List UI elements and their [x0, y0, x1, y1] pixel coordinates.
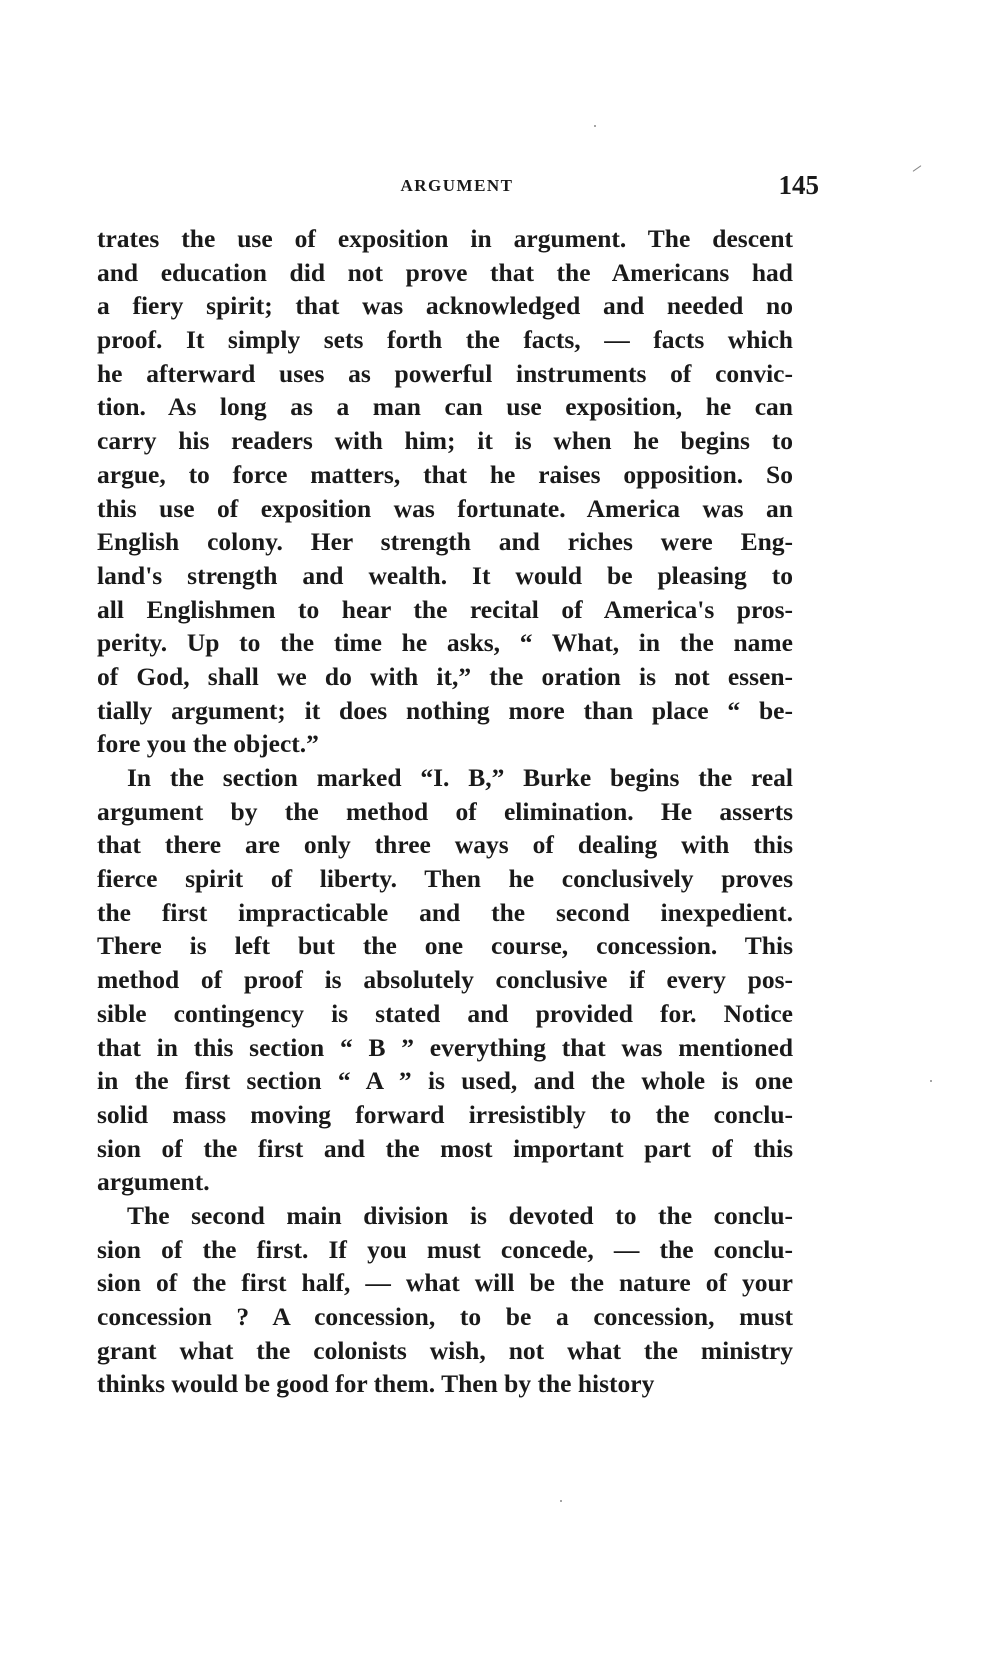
text-line: perity. Up to the time he asks, “ What, … — [97, 626, 793, 660]
text-line: English colony. Her strength and riches … — [97, 525, 793, 559]
body-text: trates the use of exposition in argument… — [97, 222, 793, 1401]
text-line: in the first section “ A ” is used, and … — [97, 1064, 793, 1098]
text-line: fierce spirit of liberty. Then he conclu… — [97, 862, 793, 896]
text-line: tially argument; it does nothing more th… — [97, 694, 793, 728]
text-line: tion. As long as a man can use expositio… — [97, 390, 793, 424]
text-line: thinks would be good for them. Then by t… — [97, 1367, 793, 1401]
text-line: he afterward uses as powerful instrument… — [97, 357, 793, 391]
text-line: trates the use of exposition in argument… — [97, 222, 793, 256]
text-line: The second main division is devoted to t… — [97, 1199, 793, 1233]
text-line: proof. It simply sets forth the facts, —… — [97, 323, 793, 357]
text-line: that there are only three ways of dealin… — [97, 828, 793, 862]
text-line: method of proof is absolutely conclusive… — [97, 963, 793, 997]
text-line: argument by the method of elimination. H… — [97, 795, 793, 829]
text-line: sion of the first half, — what will be t… — [97, 1266, 793, 1300]
text-line: the first impracticable and the second i… — [97, 896, 793, 930]
text-line: sion of the first and the most important… — [97, 1132, 793, 1166]
scan-speck — [930, 1080, 932, 1082]
text-line: solid mass moving forward irresistibly t… — [97, 1098, 793, 1132]
text-line: argument. — [97, 1165, 793, 1199]
text-line: carry his readers with him; it is when h… — [97, 424, 793, 458]
text-line: There is left but the one course, conces… — [97, 929, 793, 963]
text-line: and education did not prove that the Ame… — [97, 256, 793, 290]
text-line: In the section marked “I. B,” Burke begi… — [97, 761, 793, 795]
scan-speck — [913, 165, 922, 172]
text-line: grant what the colonists wish, not what … — [97, 1334, 793, 1368]
running-title: ARGUMENT — [97, 176, 817, 196]
scan-speck — [560, 1500, 562, 1502]
text-line: sion of the first. If you must concede, … — [97, 1233, 793, 1267]
running-head: ARGUMENT 145 — [97, 172, 817, 202]
text-line: concession ? A concession, to be a conce… — [97, 1300, 793, 1334]
text-line: land's strength and wealth. It would be … — [97, 559, 793, 593]
text-line: a fiery spirit; that was acknowledged an… — [97, 289, 793, 323]
text-line: all Englishmen to hear the recital of Am… — [97, 593, 793, 627]
text-line: argue, to force matters, that he raises … — [97, 458, 793, 492]
text-line: of God, shall we do with it,” the oratio… — [97, 660, 793, 694]
text-line: sible contingency is stated and provided… — [97, 997, 793, 1031]
text-line: fore you the object.” — [97, 727, 793, 761]
page-number: 145 — [779, 170, 820, 201]
text-line: this use of exposition was fortunate. Am… — [97, 492, 793, 526]
scan-speck — [594, 125, 596, 127]
text-line: that in this section “ B ” everything th… — [97, 1031, 793, 1065]
